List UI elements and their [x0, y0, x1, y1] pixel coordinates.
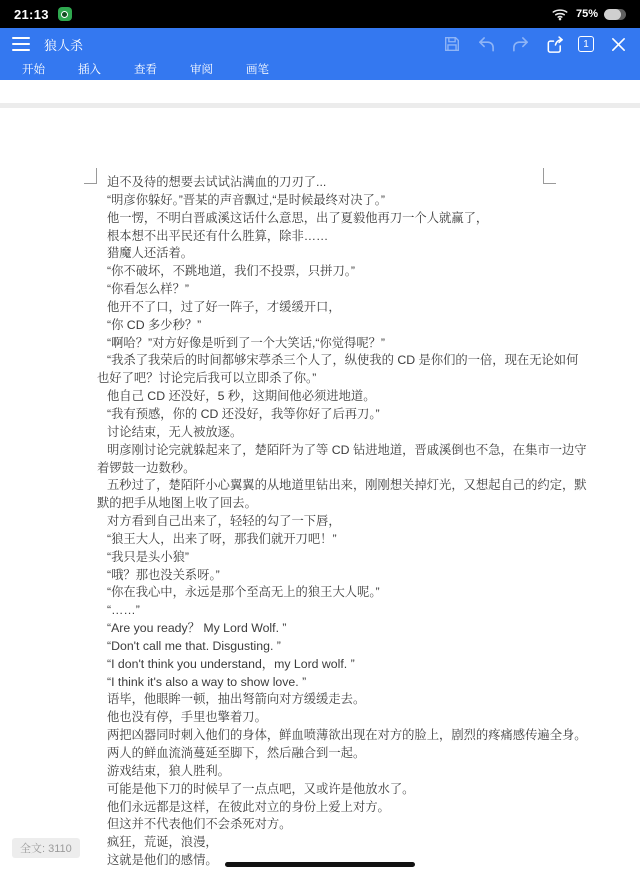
status-bar: 21:13 75% [0, 0, 640, 28]
wifi-icon [550, 4, 570, 24]
tab-2[interactable]: 插入 [78, 61, 101, 77]
text-line: 讨论结束，无人被放逐。 [97, 424, 567, 442]
redo-icon[interactable] [510, 34, 530, 54]
share-icon[interactable] [544, 34, 564, 54]
tab-5[interactable]: 画笔 [246, 61, 269, 77]
text-line: “明彦你躲好。”晋某的声音飘过,“是时候最终对决了。” [97, 192, 567, 210]
text-line: “你看怎么样？” [97, 281, 567, 299]
text-line: “Are you ready？ My Lord Wolf. ” [97, 620, 567, 638]
text-line: “啊哈？”对方好像是听到了一个大笑话,“你觉得呢？” [97, 335, 567, 353]
document-canvas[interactable]: 迫不及待的想要去试试沾满血的刀刃了...“明彦你躲好。”晋某的声音飘过,“是时候… [0, 80, 640, 870]
text-line: “我有预感，你的 CD 还没好，我等你好了后再刀。” [97, 406, 567, 424]
ribbon-tabs: 开始插入查看审阅画笔 [0, 58, 640, 80]
text-line: “我杀了我荣后的时间都够宋葶杀三个人了，纵使我的 CD 是你们的一倍，现在无论如… [97, 352, 567, 370]
text-line: 默的把手从地图上收了回去。 [97, 495, 567, 513]
clock: 21:13 [14, 7, 49, 22]
home-indicator-bar[interactable] [225, 862, 415, 867]
text-line: 他开不了口，过了好一阵子，才缓缓开口， [97, 299, 567, 317]
tab-3[interactable]: 查看 [134, 61, 157, 77]
text-line: “I think it's also a way to show love. ” [97, 674, 567, 692]
toolbar: 狼人杀 [0, 28, 640, 80]
text-line: “我只是头小狼” [97, 549, 567, 567]
text-line: “哦？那也没关系呀。” [97, 567, 567, 585]
text-line: 两把凶器同时刺入他们的身体，鲜血喷薄欲出现在对方的脸上，剧烈的疼痛感传遍全身。 [97, 727, 567, 745]
text-line: 他们永远都是这样，在彼此对立的身份上爱上对方。 [97, 799, 567, 817]
page-indicator[interactable]: 1 [578, 36, 594, 52]
tab-1[interactable]: 开始 [22, 61, 45, 77]
text-line: 可能是他下刀的时候早了一点点吧，又或许是他放水了。 [97, 781, 567, 799]
toolbar-title-row: 狼人杀 [0, 28, 640, 58]
text-line: “你在我心中，永远是那个至高无上的狼王大人呢。” [97, 584, 567, 602]
word-count-badge: 全文: 3110 [12, 838, 80, 858]
text-line: 游戏结束，狼人胜利。 [97, 763, 567, 781]
notification-app-icon [58, 7, 72, 21]
text-line: 他一愣，不明白晋戚溪这话什么意思，出了夏毅他再刀一个人就赢了， [97, 210, 567, 228]
text-line: 疯狂，荒诞，浪漫， [97, 834, 567, 852]
text-line: 也好了吧？讨论完后我可以立即杀了你。” [97, 370, 567, 388]
save-icon[interactable] [442, 34, 462, 54]
text-line: “你不破坏，不跳地道，我们不投票，只拼刀。” [97, 263, 567, 281]
text-line: 他自己 CD 还没好，5 秒，这期间他必须进地道。 [97, 388, 567, 406]
text-line: 迫不及待的想要去试试沾满血的刀刃了... [97, 174, 567, 192]
text-line: 猎魔人还活着。 [97, 245, 567, 263]
battery-icon [604, 9, 626, 20]
text-line: “I don't think you understand，my Lord wo… [97, 656, 567, 674]
text-line: 语毕，他眼眸一顿，抽出弩箭向对方缓缓走去。 [97, 691, 567, 709]
hamburger-menu-icon[interactable] [12, 37, 32, 51]
margin-corner-top-left [84, 168, 97, 184]
text-line: “……” [97, 602, 567, 620]
text-line: “狼王大人，出来了呀，那我们就开刀吧！” [97, 531, 567, 549]
text-line: “Don't call me that. Disgusting. ” [97, 638, 567, 656]
document-title: 狼人杀 [44, 35, 83, 54]
app-screen: 21:13 75% 狼人杀 [0, 0, 640, 870]
text-line: 五秒过了，楚陌阡小心翼翼的从地道里钻出来，刚刚想关掉灯光，又想起自己的约定，默 [97, 477, 567, 495]
page-top-gap [0, 103, 640, 108]
close-icon[interactable] [608, 34, 628, 54]
undo-icon[interactable] [476, 34, 496, 54]
text-line: 根本想不出平民还有什么胜算，除非…… [97, 228, 567, 246]
text-line: 两人的鲜血流淌蔓延至脚下，然后融合到一起。 [97, 745, 567, 763]
tab-4[interactable]: 审阅 [190, 61, 213, 77]
text-line: “你 CD 多少秒？” [97, 317, 567, 335]
battery-percent: 75% [576, 8, 598, 20]
document-text[interactable]: 迫不及待的想要去试试沾满血的刀刃了...“明彦你躲好。”晋某的声音飘过,“是时候… [97, 174, 567, 870]
text-line: 这就是他们的感情。 [97, 852, 567, 870]
text-line: 但这并不代表他们不会杀死对方。 [97, 816, 567, 834]
text-line: 明彦刚讨论完就躲起来了，楚陌阡为了等 CD 钻进地道，晋戚溪倒也不急，在集市一边… [97, 442, 567, 460]
text-line: 对方看到自己出来了，轻轻的勾了一下唇， [97, 513, 567, 531]
text-line: 着锣鼓一边数秒。 [97, 460, 567, 478]
text-line: 他也没有停，手里也擎着刀。 [97, 709, 567, 727]
